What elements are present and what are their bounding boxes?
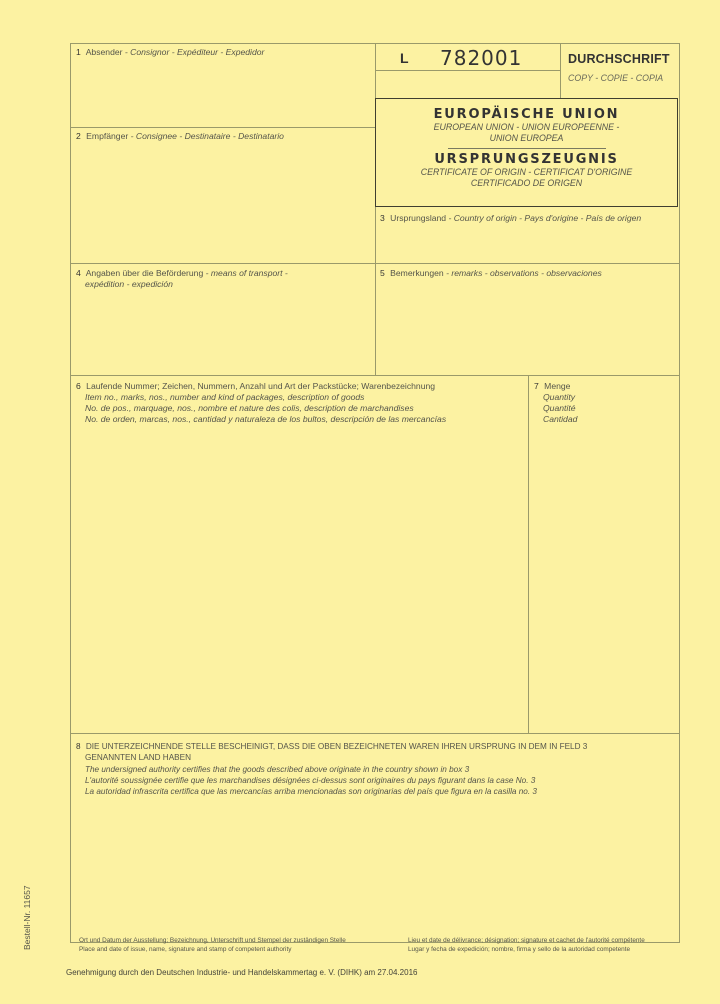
certificate-title: URSPRUNGSZEUGNIS — [376, 152, 677, 167]
box8-certification-text: 8 DIE UNTERZEICHNENDE STELLE BESCHEINIGT… — [76, 741, 587, 797]
serial-digits: 782001 — [440, 46, 522, 70]
box2-consignee-label: 2 Empfänger - Consignee - Destinataire -… — [76, 131, 284, 142]
box1-consignor-label: 1 Absender - Consignor - Expéditeur - Ex… — [76, 47, 264, 58]
box3-country-of-origin-field[interactable] — [376, 226, 679, 263]
certificate-subtitle-2: CERTIFICADO DE ORIGEN — [376, 178, 677, 189]
box1-bottom-line — [70, 127, 375, 128]
serial-prefix: L — [400, 50, 409, 66]
box4-transport-field[interactable] — [71, 292, 375, 375]
union-subtitle-1: EUROPEAN UNION - UNION EUROPEENNE - — [376, 122, 677, 133]
union-subtitle-2: UNION EUROPEA — [376, 133, 677, 144]
box7-quantity-label: 7 Menge Quantity Quantité Cantidad — [534, 381, 577, 425]
box6-goods-description-label: 6 Laufende Nummer; Zeichen, Nummern, Anz… — [76, 381, 446, 425]
title-separator — [448, 148, 606, 149]
order-number: Bestell-Nr. 11657 — [22, 885, 32, 950]
box7-quantity-field[interactable] — [529, 428, 679, 733]
box8-top-line — [70, 733, 680, 734]
frame-right-line — [679, 43, 680, 943]
box4-transport-label: 4 Angaben über die Beförderung - means o… — [76, 268, 288, 290]
box5-remarks-field[interactable] — [376, 281, 679, 375]
union-title: EUROPÄISCHE UNION — [376, 107, 677, 122]
signature-caption-right: Lieu et date de délivrance; désignation;… — [408, 936, 645, 954]
serial-number: L 782001 — [378, 44, 548, 72]
row-4-5-top-line — [70, 263, 680, 264]
box8-signature-field[interactable] — [71, 805, 679, 935]
approval-note: Genehmigung durch den Deutschen Industri… — [66, 968, 417, 977]
copy-title: DURCHSCHRIFT — [568, 52, 670, 66]
box6-goods-description-field[interactable] — [71, 428, 528, 733]
certificate-title-box: EUROPÄISCHE UNION EUROPEAN UNION - UNION… — [375, 98, 678, 207]
copy-subtitle: COPY - COPIE - COPIA — [568, 73, 663, 83]
signature-caption-left: Ort und Datum der Ausstellung; Bezeichnu… — [79, 936, 346, 954]
box2-consignee-field[interactable] — [71, 144, 375, 263]
row-6-7-top-line — [70, 375, 680, 376]
box5-remarks-label: 5 Bemerkungen - remarks - observations -… — [380, 268, 602, 279]
certificate-subtitle-1: CERTIFICATE OF ORIGIN - CERTIFICAT D'ORI… — [376, 167, 677, 178]
box1-consignor-field[interactable] — [71, 60, 375, 127]
box3-country-of-origin-label: 3 Ursprungsland - Country of origin - Pa… — [380, 213, 641, 224]
serial-copy-divider — [560, 43, 561, 98]
